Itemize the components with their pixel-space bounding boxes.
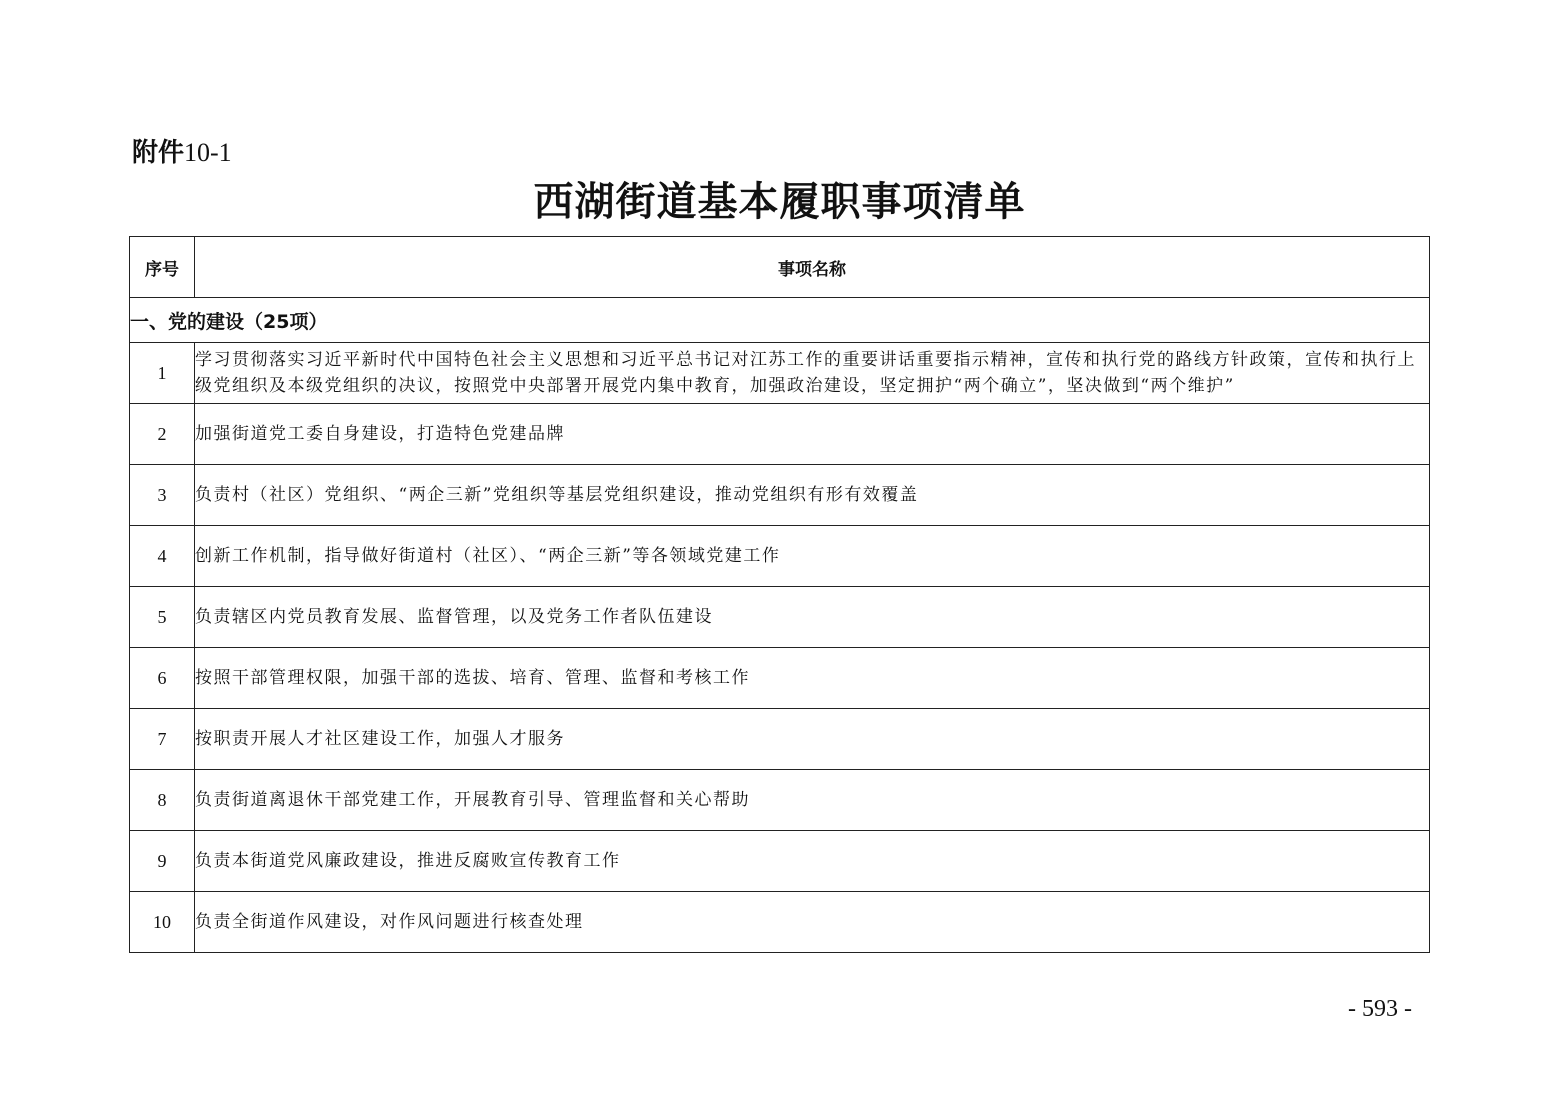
table-row: 10 负责全街道作风建设，对作风问题进行核查处理 [130, 892, 1430, 953]
table-row: 1 学习贯彻落实习近平新时代中国特色社会主义思想和习近平总书记对江苏工作的重要讲… [130, 343, 1430, 404]
attachment-label: 附件10-1 [132, 136, 232, 170]
row-number: 10 [130, 892, 195, 953]
row-number: 6 [130, 648, 195, 709]
row-number: 1 [130, 343, 195, 404]
row-number: 2 [130, 404, 195, 465]
table-row: 5 负责辖区内党员教育发展、监督管理，以及党务工作者队伍建设 [130, 587, 1430, 648]
row-text: 创新工作机制，指导做好街道村（社区）、“两企三新”等各领域党建工作 [195, 526, 1430, 587]
header-serial-number: 序号 [130, 237, 195, 298]
row-text: 学习贯彻落实习近平新时代中国特色社会主义思想和习近平总书记对江苏工作的重要讲话重… [195, 343, 1430, 404]
section-title: 一、党的建设（25项） [130, 298, 1430, 343]
row-text: 按职责开展人才社区建设工作，加强人才服务 [195, 709, 1430, 770]
table-header-row: 序号 事项名称 [130, 237, 1430, 298]
attachment-number: 10-1 [184, 138, 232, 167]
row-number: 4 [130, 526, 195, 587]
row-text: 加强街道党工委自身建设，打造特色党建品牌 [195, 404, 1430, 465]
header-item-name: 事项名称 [195, 237, 1430, 298]
table-row: 4 创新工作机制，指导做好街道村（社区）、“两企三新”等各领域党建工作 [130, 526, 1430, 587]
table-row: 6 按照干部管理权限，加强干部的选拔、培育、管理、监督和考核工作 [130, 648, 1430, 709]
row-text: 负责街道离退休干部党建工作，开展教育引导、管理监督和关心帮助 [195, 770, 1430, 831]
table-row: 8 负责街道离退休干部党建工作，开展教育引导、管理监督和关心帮助 [130, 770, 1430, 831]
row-number: 7 [130, 709, 195, 770]
table-row: 3 负责村（社区）党组织、“两企三新”党组织等基层党组织建设，推动党组织有形有效… [130, 465, 1430, 526]
attachment-prefix: 附件 [132, 138, 184, 168]
row-number: 5 [130, 587, 195, 648]
table-row: 2 加强街道党工委自身建设，打造特色党建品牌 [130, 404, 1430, 465]
section-row: 一、党的建设（25项） [130, 298, 1430, 343]
row-text: 负责本街道党风廉政建设，推进反腐败宣传教育工作 [195, 831, 1430, 892]
row-text: 负责全街道作风建设，对作风问题进行核查处理 [195, 892, 1430, 953]
document-title: 西湖街道基本履职事项清单 [0, 176, 1559, 228]
row-number: 9 [130, 831, 195, 892]
table-row: 9 负责本街道党风廉政建设，推进反腐败宣传教育工作 [130, 831, 1430, 892]
page-number: - 593 - [1348, 996, 1412, 1023]
row-text: 负责村（社区）党组织、“两企三新”党组织等基层党组织建设，推动党组织有形有效覆盖 [195, 465, 1430, 526]
row-number: 3 [130, 465, 195, 526]
table-row: 7 按职责开展人才社区建设工作，加强人才服务 [130, 709, 1430, 770]
row-text: 负责辖区内党员教育发展、监督管理，以及党务工作者队伍建设 [195, 587, 1430, 648]
row-number: 8 [130, 770, 195, 831]
duty-items-table: 序号 事项名称 一、党的建设（25项） 1 学习贯彻落实习近平新时代中国特色社会… [129, 236, 1430, 953]
row-text: 按照干部管理权限，加强干部的选拔、培育、管理、监督和考核工作 [195, 648, 1430, 709]
